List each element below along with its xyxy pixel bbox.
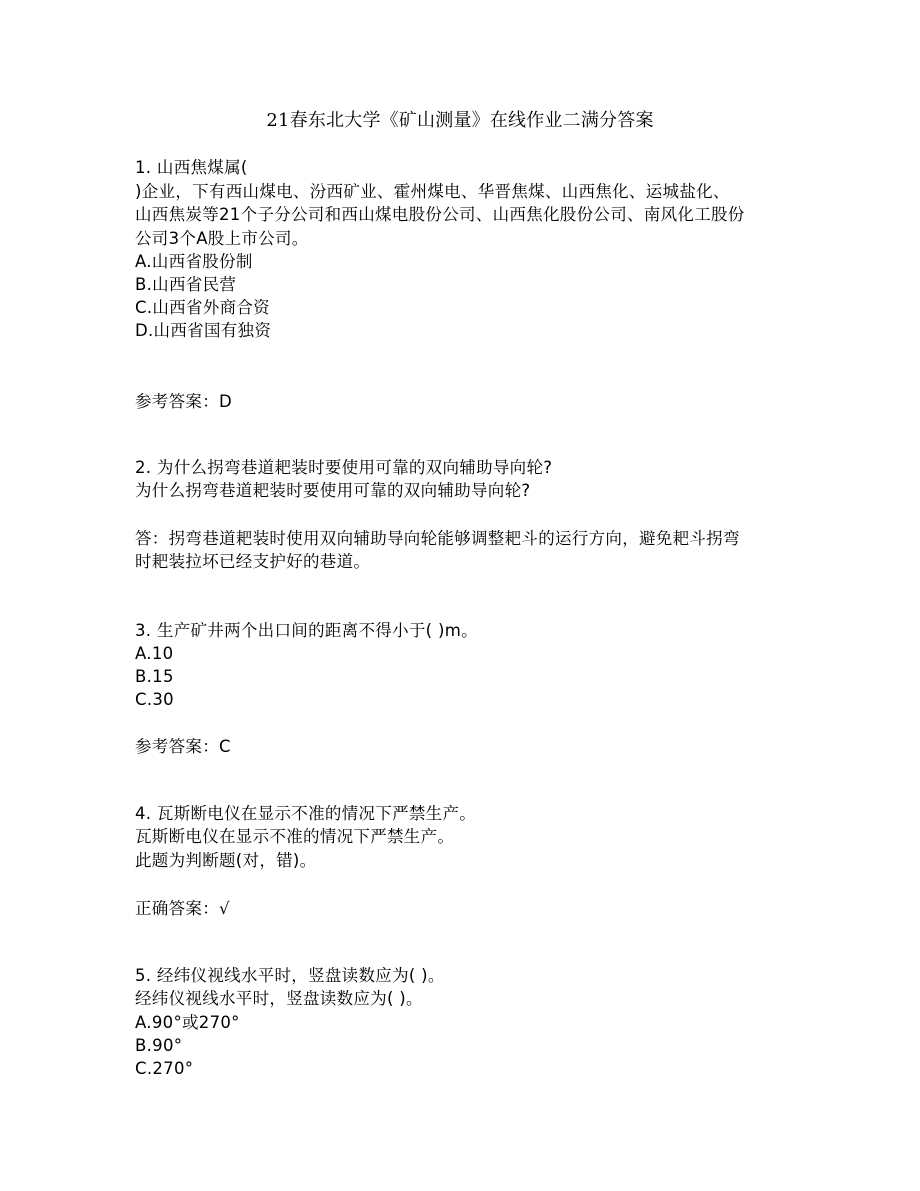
- question-1-answer: 参考答案：D: [135, 391, 232, 413]
- question-1-stem-line: 山西焦炭等21个子分公司和西山煤电股份公司、山西焦化股份公司、南风化工股份: [135, 204, 745, 226]
- question-3-stem-line: 3. 生产矿井两个出口间的距离不得小于( )m。: [135, 620, 478, 642]
- question-1-option-c: C.山西省外商合资: [135, 297, 270, 319]
- question-3-option-c: C.30: [135, 689, 174, 711]
- question-5-stem-line: 经纬仪视线水平时，竖盘读数应为( )。: [135, 988, 423, 1010]
- question-1-option-d: D.山西省国有独资: [135, 320, 271, 342]
- question-5-option-c: C.270°: [135, 1058, 193, 1080]
- question-5-option-a: A.90°或270°: [135, 1012, 240, 1034]
- question-4-stem-line: 4. 瓦斯断电仪在显示不准的情况下严禁生产。: [135, 803, 476, 825]
- question-1-stem-line: 1. 山西焦煤属(: [135, 157, 248, 179]
- question-5-stem-line: 5. 经纬仪视线水平时，竖盘读数应为( )。: [135, 965, 445, 987]
- question-5-option-b: B.90°: [135, 1035, 182, 1057]
- question-1-option-b: B.山西省民营: [135, 274, 236, 296]
- question-1-stem-line: )企业，下有西山煤电、汾西矿业、霍州煤电、华晋焦煤、山西焦化、运城盐化、: [135, 181, 730, 203]
- question-4-stem-line: 此题为判断题(对，错)。: [135, 850, 316, 872]
- question-1-option-a: A.山西省股份制: [135, 251, 253, 273]
- question-2-stem-line: 为什么拐弯巷道耙装时要使用可靠的双向辅助导向轮?: [135, 480, 530, 502]
- question-2-answer-line: 答：拐弯巷道耙装时使用双向辅助导向轮能够调整耙斗的运行方向，避免耙斗拐弯: [135, 528, 740, 550]
- question-3-answer: 参考答案：C: [135, 736, 231, 758]
- page-title: 21春东北大学《矿山测量》在线作业二满分答案: [0, 109, 920, 133]
- question-3-option-b: B.15: [135, 666, 174, 688]
- question-4-answer: 正确答案：√: [135, 898, 230, 920]
- question-4-stem-line: 瓦斯断电仪在显示不准的情况下严禁生产。: [135, 826, 454, 848]
- question-3-option-a: A.10: [135, 643, 173, 665]
- question-1-stem-line: 公司3个A股上市公司。: [135, 228, 309, 250]
- question-2-stem-line: 2. 为什么拐弯巷道耙装时要使用可靠的双向辅助导向轮?: [135, 457, 552, 479]
- question-2-answer-line: 时耙装拉坏已经支护好的巷道。: [135, 551, 370, 573]
